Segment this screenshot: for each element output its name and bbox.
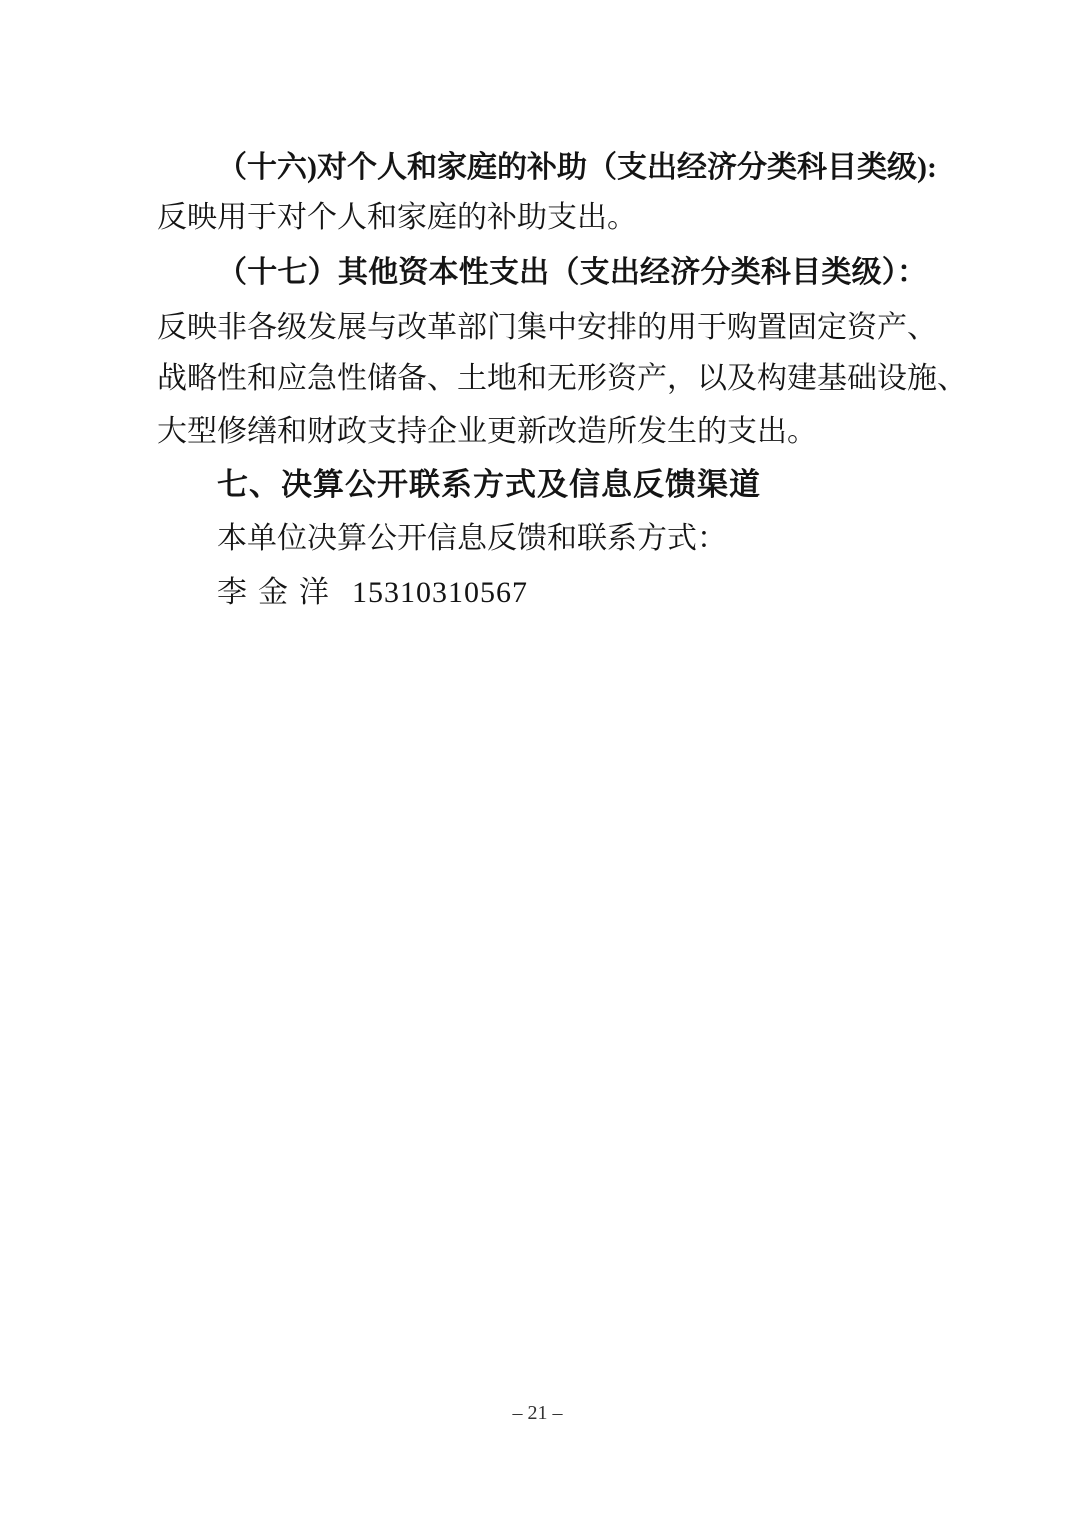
item17-body-line-2: 战略性和应急性储备、土地和无形资产，以及构建基础设施、 xyxy=(157,360,927,404)
item16-body-line: 反映用于对个人和家庭的补助支出。 xyxy=(157,199,927,243)
item16-heading: （十六)对个人和家庭的补助（支出经济分类科目类级): xyxy=(157,149,927,193)
item17-body-line-1: 反映非各级发展与改革部门集中安排的用于购置固定资产、 xyxy=(157,309,927,353)
section7-heading: 七、决算公开联系方式及信息反馈渠道 xyxy=(157,466,927,510)
contact-phone: 15310310567 xyxy=(352,576,528,609)
contact-line: 李金洋15310310567 xyxy=(157,574,927,618)
item17-body-line-3: 大型修缮和财政支持企业更新改造所发生的支出。 xyxy=(157,413,927,457)
contact-name: 李金洋 xyxy=(217,576,340,609)
document-page: （十六)对个人和家庭的补助（支出经济分类科目类级): 反映用于对个人和家庭的补助… xyxy=(0,0,1075,1520)
item17-heading: （十七）其他资本性支出（支出经济分类科目类级）： xyxy=(157,254,927,298)
section7-intro-line: 本单位决算公开信息反馈和联系方式： xyxy=(157,520,927,564)
page-number: – 21 – xyxy=(0,1402,1075,1425)
